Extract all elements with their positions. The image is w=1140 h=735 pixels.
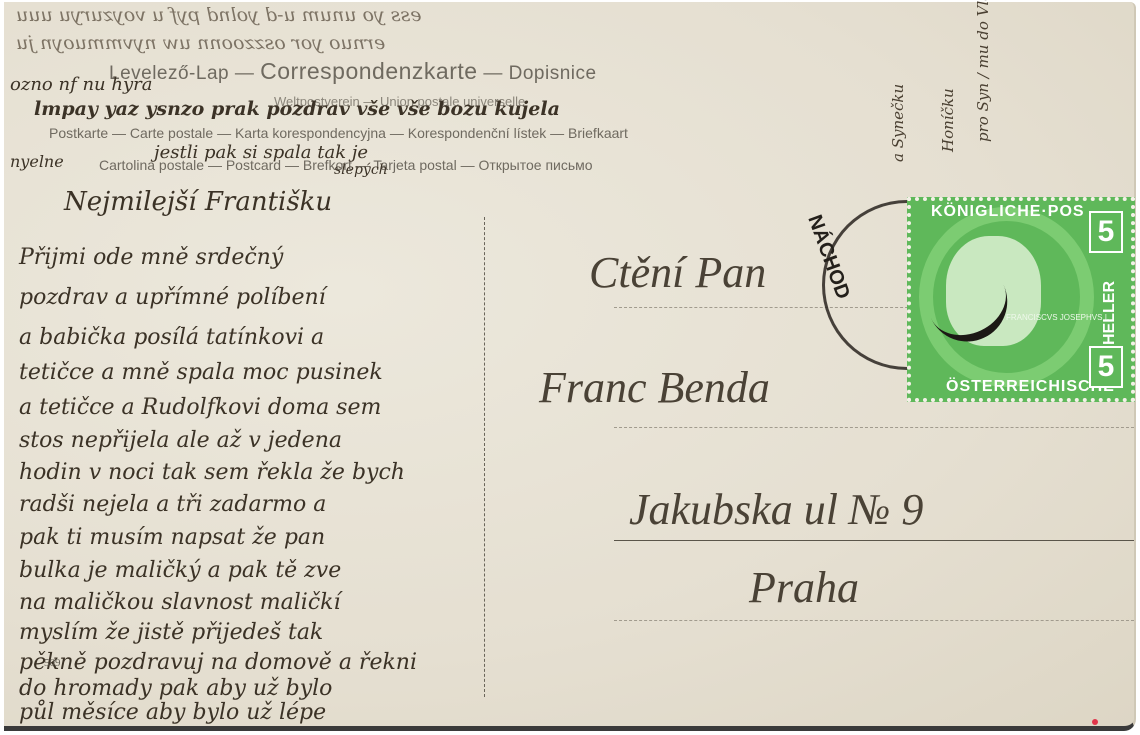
address-line-city: Praha — [749, 562, 859, 613]
address-rule — [614, 540, 1134, 541]
printed-title-german: Correspondenzkarte — [260, 58, 477, 84]
side-note: Honíčku — [939, 88, 957, 152]
upside-down-handwriting-line: ess yo unum u-d yolnd pyf u voyzuryu uuu — [16, 4, 422, 26]
handwriting-line: ozno nf nu hyra — [10, 74, 152, 95]
message-line: pěkně pozdravuj na domově a řekni — [19, 652, 417, 674]
margin-note-top: jestli pak si spala tak je — [154, 142, 368, 163]
printed-title: Levelező-Lap — Correspondenzkarte — Dopi… — [109, 58, 597, 85]
message-line: půl měsíce aby bylo už lépe — [19, 702, 326, 724]
printed-languages-line-1: Postkarte — Carte postale — Karta koresp… — [49, 125, 628, 141]
serial-number: 509 — [44, 657, 61, 669]
handwriting-line: lmpay yaz ysnzo prak pozdrav vše vše boz… — [34, 98, 560, 120]
message-line: pak ti musím napsat že pan — [19, 527, 325, 549]
address-line-name: Franc Benda — [539, 362, 770, 413]
message-line: myslím že jistě přijedeš tak — [19, 622, 323, 644]
address-line-street: Jakubska ul № 9 — [629, 484, 923, 535]
red-ink-dot — [1092, 719, 1098, 725]
message-salutation: Nejmilejší Františku — [64, 187, 332, 217]
message-line: pozdrav a upřímné políbení — [19, 287, 326, 309]
message-line: na maličkou slavnost maličkí — [19, 592, 341, 614]
upside-down-handwriting-line: ernuo yor oszzoonn uw nyvmmuoyn ju — [16, 32, 385, 54]
message-line: a tetičce a Rudolfkovi doma sem — [19, 397, 381, 419]
message-line: bulka je maličký a pak tě zve — [19, 560, 341, 582]
stamp-portrait-caption: FRANCISCVS JOSEPHVS I. — [1006, 313, 1109, 322]
message-line: tetičce a mně spala moc pusinek — [19, 362, 383, 384]
stamp-value-bottom: 5 — [1089, 346, 1123, 388]
message-line: Přijmi ode mně srdečný — [19, 247, 283, 269]
printed-title-czech: — Dopisnice — [483, 63, 596, 84]
address-rule — [614, 427, 1134, 428]
stamp-value-top: 5 — [1089, 211, 1123, 253]
margin-note-left: nyelne — [10, 152, 64, 171]
message-line: do hromady pak aby už bylo — [19, 678, 332, 700]
stamp-denomination: HELLER — [1101, 281, 1119, 345]
card-divider — [484, 217, 485, 697]
message-line: radši nejela a tři zadarmo a — [19, 494, 326, 516]
address-line-salutation: Ctění Pan — [589, 247, 766, 298]
stamp-top-text: KÖNIGLICHE·POS — [931, 203, 1085, 221]
postage-stamp: KÖNIGLICHE·POS ÖSTERREICHISCHE FRANCISCV… — [907, 197, 1135, 402]
address-rule — [614, 620, 1134, 621]
message-line: a babička posílá tatínkovi a — [19, 327, 324, 349]
side-note: pro Syn / mu do Vlasti — [974, 0, 992, 142]
postcard: ess yo unum u-d yolnd pyf u voyzuryu uuu… — [4, 2, 1136, 731]
message-line: stos nepřijela ale až v jedena — [19, 430, 342, 452]
side-note: a Synečku — [889, 84, 907, 162]
margin-note-top-2: slepých — [334, 162, 388, 178]
message-line: hodin v noci tak sem řekla že bych — [19, 462, 405, 484]
